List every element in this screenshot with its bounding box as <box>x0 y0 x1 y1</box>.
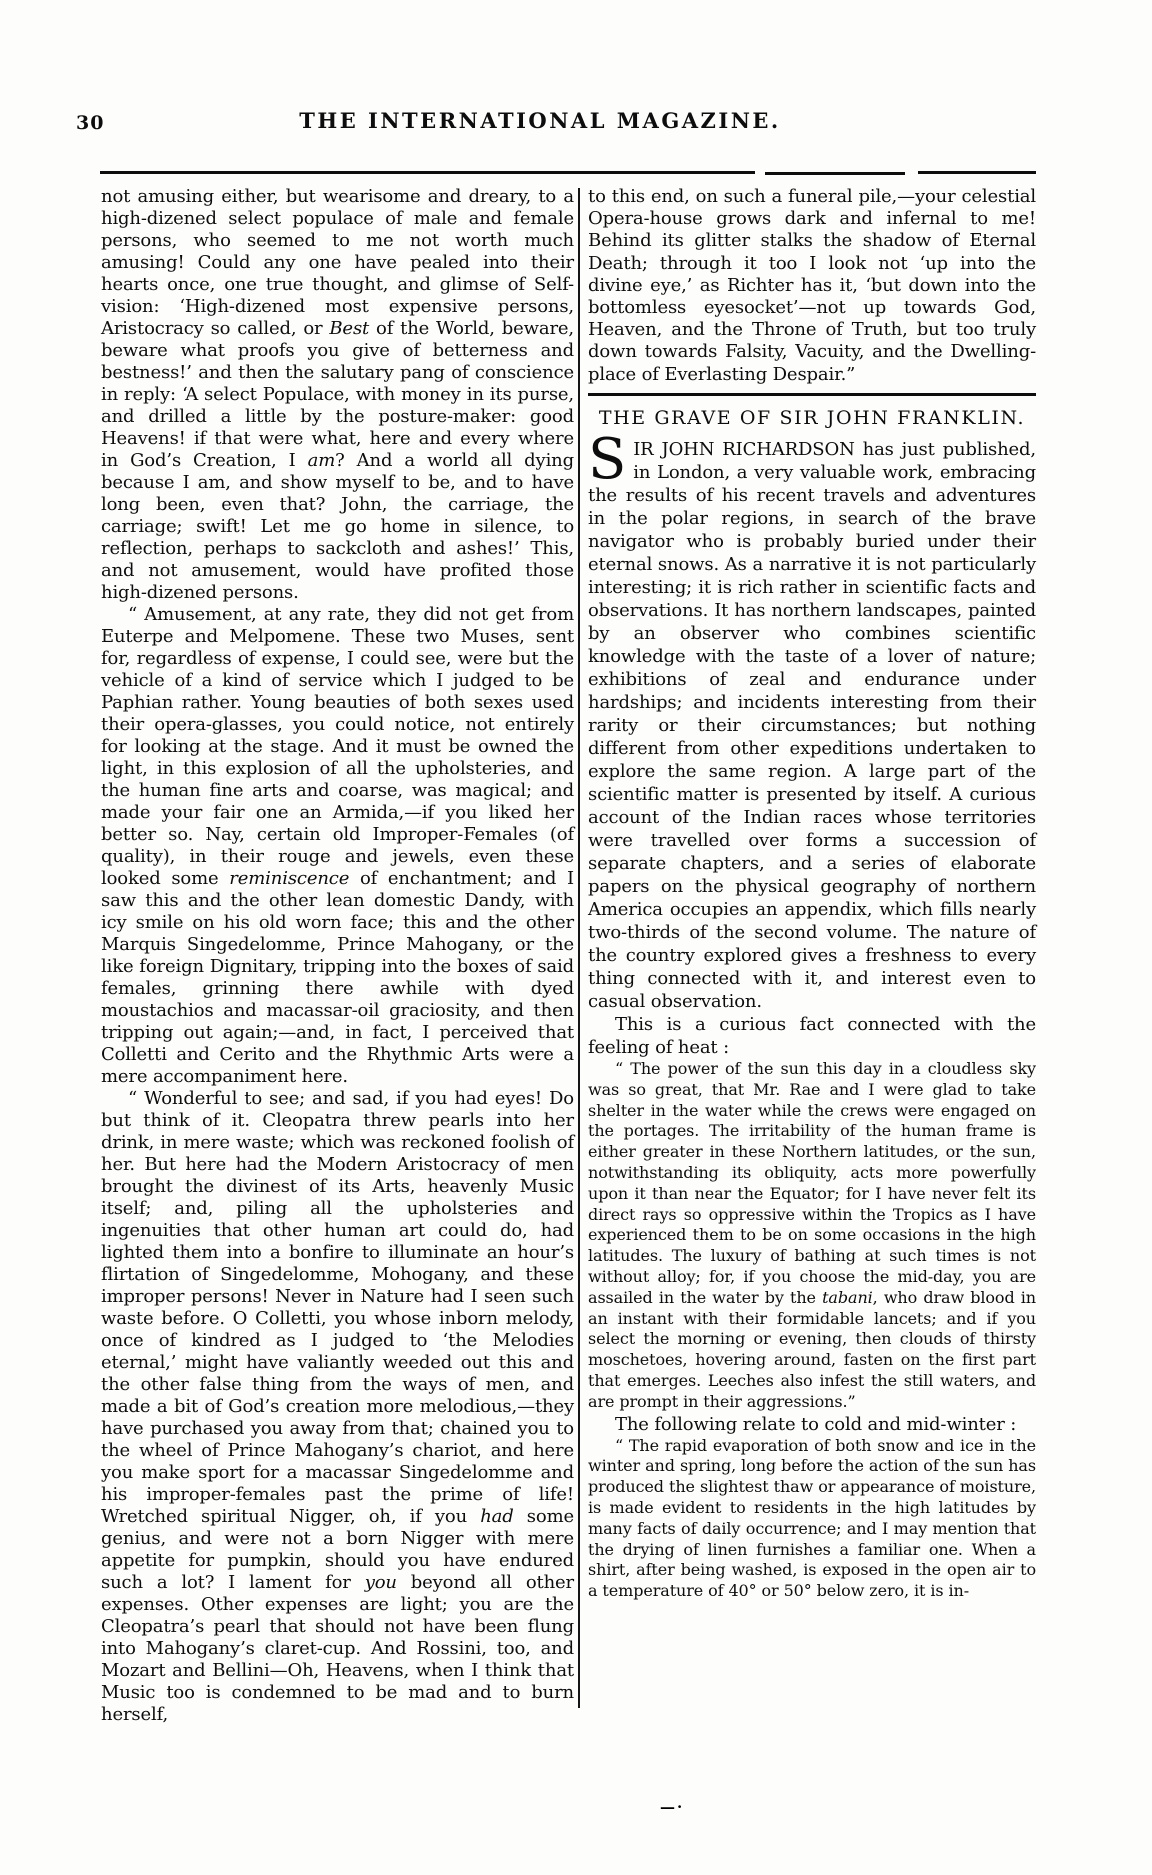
magazine-title: THE INTERNATIONAL MAGAZINE. <box>100 108 980 133</box>
column-divider-rule <box>578 188 580 1708</box>
continuation-text: to this end, on such a funeral pile,—you… <box>588 186 1036 386</box>
paragraph: “ The power of the sun this day in a clo… <box>588 1059 1036 1413</box>
paragraph: “ The rapid evaporation of both snow and… <box>588 1436 1036 1602</box>
right-column: to this end, on such a funeral pile,—you… <box>588 186 1036 1602</box>
paragraph: “ Wonderful to see; and sad, if you had … <box>101 1088 574 1726</box>
header-rule-segment <box>918 171 1036 174</box>
paragraph: “ Amusement, at any rate, they did not g… <box>101 604 574 1088</box>
left-column: not amusing either, but wearisome and dr… <box>101 186 574 1726</box>
magazine-page: 30 THE INTERNATIONAL MAGAZINE. not amusi… <box>0 0 1152 1875</box>
header-rule <box>100 171 1036 175</box>
article-title: THE GRAVE OF SIR JOHN FRANKLIN. <box>588 407 1036 429</box>
header-rule-segment <box>100 171 755 174</box>
ink-mark: —· <box>660 1798 684 1816</box>
section-divider-rule <box>588 393 1036 396</box>
article-text: SIR JOHN RICHARDSON has just published, … <box>588 438 1036 1602</box>
paragraph: This is a curious fact connected with th… <box>588 1013 1036 1059</box>
paragraph: to this end, on such a funeral pile,—you… <box>588 186 1036 386</box>
drop-cap: S <box>588 438 633 483</box>
paragraph: The following relate to cold and mid-win… <box>588 1413 1036 1436</box>
paragraph: not amusing either, but wearisome and dr… <box>101 186 574 604</box>
left-column-text: not amusing either, but wearisome and dr… <box>101 186 574 1726</box>
paragraph: SIR JOHN RICHARDSON has just published, … <box>588 438 1036 1013</box>
header-rule-segment <box>765 172 905 175</box>
